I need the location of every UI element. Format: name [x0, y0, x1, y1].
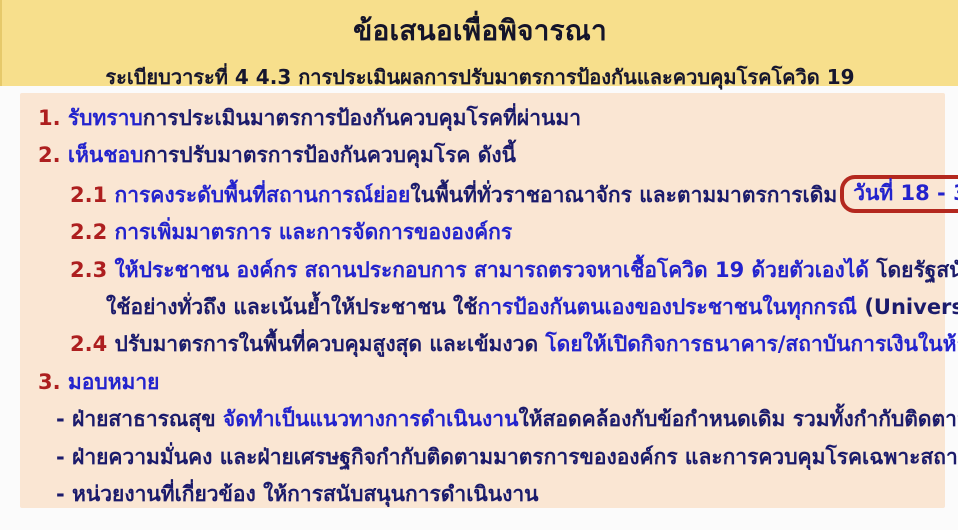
item-number: 2.3: [70, 258, 115, 282]
item-2-1: 2.1 การคงระดับพื้นที่สถานการณ์ย่อยในพื้น…: [30, 175, 935, 214]
item-emphasis: มอบหมาย: [68, 370, 160, 394]
item-2-3: 2.3 ให้ประชาชน องค์กร สถานประกอบการ สามา…: [30, 252, 935, 289]
item-2-3-continued: ใช้อย่างทั่วถึง และเน้นย้ำให้ประชาชน ใช้…: [30, 289, 935, 326]
slide-header: ข้อเสนอเพื่อพิจารณา ระเบียบวาระที่ 4 4.3…: [0, 0, 958, 86]
item-number: 2.2: [70, 220, 115, 244]
page-title: ข้อเสนอเพื่อพิจารณา: [2, 0, 958, 53]
item-emphasis: การคงระดับพื้นที่สถานการณ์ย่อย: [115, 183, 411, 207]
item-text: - หน่วยงานที่เกี่ยวข้อง ให้การสนับสนุนกา…: [56, 482, 539, 506]
item-number: 3.: [38, 370, 68, 394]
item-2-4: 2.4 ปรับมาตรการในพื้นที่ควบคุมสูงสุด และ…: [30, 326, 935, 363]
item-text: - ฝ่ายสาธารณสุข: [56, 407, 223, 431]
item-number: 2.: [38, 143, 68, 167]
item-text: ให้สอดคล้องกับข้อกำหนดเดิม รวมทั้งกำกับต…: [518, 407, 958, 431]
item-emphasis: โดยให้เปิดกิจการธนาคาร/สถาบันการเงินในห้…: [545, 332, 958, 356]
assignment-security-economy: - ฝ่ายความมั่นคง และฝ่ายเศรษฐกิจกำกับติด…: [30, 439, 935, 476]
item-text: การประเมินมาตรการป้องกันควบคุมโรคที่ผ่าน…: [143, 106, 581, 130]
item-2: 2. เห็นชอบการปรับมาตรการป้องกันควบคุมโรค…: [30, 137, 935, 174]
item-2-2: 2.2 การเพิ่มมาตรการ และการจัดการขององค์ก…: [30, 214, 935, 251]
item-text: โดยรัฐสนับสนุนให้มีการ: [869, 258, 958, 282]
item-number: 2.1: [70, 183, 115, 207]
item-text: การปรับมาตรการป้องกันควบคุมโรค ดังนี้: [143, 143, 516, 167]
item-number: 2.4: [70, 332, 115, 356]
item-number: 1.: [38, 106, 68, 130]
slide: ข้อเสนอเพื่อพิจารณา ระเบียบวาระที่ 4 4.3…: [0, 0, 958, 530]
agenda-subtitle: ระเบียบวาระที่ 4 4.3 การประเมินผลการปรับ…: [2, 61, 958, 93]
item-text: (Universal Prevention): [857, 295, 958, 319]
item-text: - ฝ่ายความมั่นคง และฝ่ายเศรษฐกิจกำกับติด…: [56, 445, 958, 469]
item-text: ในพื้นที่ทั่วราชอาณาจักร และตามมาตรการเด…: [410, 183, 837, 207]
item-emphasis: รับทราบ: [68, 106, 143, 130]
assignment-related-agencies: - หน่วยงานที่เกี่ยวข้อง ให้การสนับสนุนกา…: [30, 476, 935, 513]
item-3: 3. มอบหมาย: [30, 364, 935, 401]
item-text: ปรับมาตรการในพื้นที่ควบคุมสูงสุด และเข้ม…: [115, 332, 546, 356]
item-emphasis: การเพิ่มมาตรการ และการจัดการขององค์กร: [115, 220, 513, 244]
item-text: ใช้อย่างทั่วถึง และเน้นย้ำให้ประชาชน ใช้: [106, 295, 478, 319]
item-emphasis: จัดทำเป็นแนวทางการดำเนินงาน: [223, 407, 519, 431]
item-1: 1. รับทราบการประเมินมาตรการป้องกันควบคุม…: [30, 100, 935, 137]
item-emphasis: การป้องกันตนเองของประชาชนในทุกกรณี: [478, 295, 858, 319]
date-highlight-box: วันที่ 18 - 31 ส.ค. 2564: [840, 175, 958, 213]
content-panel: 1. รับทราบการประเมินมาตรการป้องกันควบคุม…: [20, 93, 945, 508]
assignment-health: - ฝ่ายสาธารณสุข จัดทำเป็นแนวทางการดำเนิน…: [30, 401, 935, 438]
item-emphasis: เห็นชอบ: [68, 143, 144, 167]
item-emphasis: ให้ประชาชน องค์กร สถานประกอบการ สามารถตร…: [115, 258, 869, 282]
